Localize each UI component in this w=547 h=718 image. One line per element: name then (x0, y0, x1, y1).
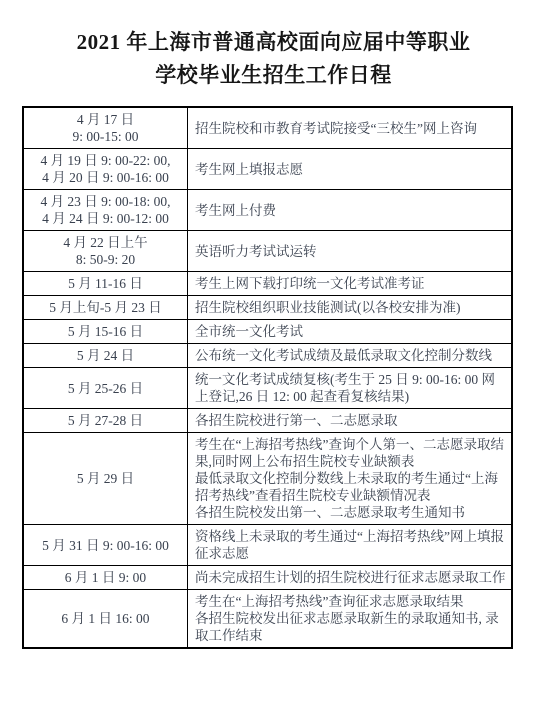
table-row: 5 月 31 日 9: 00-16: 00 资格线上未录取的考生通过“上海招考热… (23, 525, 512, 566)
date-cell: 4 月 17 日 9: 00-15: 00 (23, 107, 188, 149)
event-cell: 各招生院校进行第一、二志愿录取 (188, 409, 513, 433)
date-cell: 5 月 29 日 (23, 433, 188, 525)
event-cell: 招生院校和市教育考试院接受“三校生”网上咨询 (188, 107, 513, 149)
event-cell: 全市统一文化考试 (188, 320, 513, 344)
table-row: 5 月 27-28 日 各招生院校进行第一、二志愿录取 (23, 409, 512, 433)
event-cell: 英语听力考试试运转 (188, 231, 513, 272)
event-cell: 公布统一文化考试成绩及最低录取文化控制分数线 (188, 344, 513, 368)
table-row: 5 月上旬-5 月 23 日 招生院校组织职业技能测试(以各校安排为准) (23, 296, 512, 320)
event-cell: 考生在“上海招考热线”查询征求志愿录取结果 各招生院校发出征求志愿录取新生的录取… (188, 590, 513, 649)
document-page: 2021 年上海市普通高校面向应届中等职业 学校毕业生招生工作日程 4 月 17… (0, 0, 547, 718)
date-cell: 5 月 15-16 日 (23, 320, 188, 344)
table-row: 4 月 23 日 9: 00-18: 00, 4 月 24 日 9: 00-12… (23, 190, 512, 231)
date-cell: 4 月 19 日 9: 00-22: 00, 4 月 20 日 9: 00-16… (23, 149, 188, 190)
date-cell: 6 月 1 日 16: 00 (23, 590, 188, 649)
date-cell: 5 月 11-16 日 (23, 272, 188, 296)
date-cell: 5 月 24 日 (23, 344, 188, 368)
date-cell: 6 月 1 日 9: 00 (23, 566, 188, 590)
page-title: 2021 年上海市普通高校面向应届中等职业 学校毕业生招生工作日程 (18, 26, 529, 92)
table-row: 5 月 24 日 公布统一文化考试成绩及最低录取文化控制分数线 (23, 344, 512, 368)
event-cell: 统一文化考试成绩复核(考生于 25 日 9: 00-16: 00 网上登记,26… (188, 368, 513, 409)
date-cell: 5 月上旬-5 月 23 日 (23, 296, 188, 320)
table-row: 5 月 15-16 日 全市统一文化考试 (23, 320, 512, 344)
date-cell: 4 月 23 日 9: 00-18: 00, 4 月 24 日 9: 00-12… (23, 190, 188, 231)
page-title-line-1: 2021 年上海市普通高校面向应届中等职业 (18, 26, 529, 59)
table-row: 6 月 1 日 16: 00 考生在“上海招考热线”查询征求志愿录取结果 各招生… (23, 590, 512, 649)
table-row: 5 月 29 日 考生在“上海招考热线”查询个人第一、二志愿录取结果,同时网上公… (23, 433, 512, 525)
schedule-table: 4 月 17 日 9: 00-15: 00 招生院校和市教育考试院接受“三校生”… (22, 106, 513, 649)
table-row: 4 月 19 日 9: 00-22: 00, 4 月 20 日 9: 00-16… (23, 149, 512, 190)
date-cell: 5 月 27-28 日 (23, 409, 188, 433)
date-cell: 5 月 25-26 日 (23, 368, 188, 409)
table-row: 5 月 11-16 日 考生上网下载打印统一文化考试准考证 (23, 272, 512, 296)
page-title-line-2: 学校毕业生招生工作日程 (18, 59, 529, 92)
event-cell: 尚未完成招生计划的招生院校进行征求志愿录取工作 (188, 566, 513, 590)
date-cell: 4 月 22 日上午 8: 50-9: 20 (23, 231, 188, 272)
table-row: 4 月 22 日上午 8: 50-9: 20 英语听力考试试运转 (23, 231, 512, 272)
table-row: 5 月 25-26 日 统一文化考试成绩复核(考生于 25 日 9: 00-16… (23, 368, 512, 409)
date-cell: 5 月 31 日 9: 00-16: 00 (23, 525, 188, 566)
event-cell: 考生网上填报志愿 (188, 149, 513, 190)
event-cell: 考生网上付费 (188, 190, 513, 231)
table-row: 4 月 17 日 9: 00-15: 00 招生院校和市教育考试院接受“三校生”… (23, 107, 512, 149)
table-row: 6 月 1 日 9: 00 尚未完成招生计划的招生院校进行征求志愿录取工作 (23, 566, 512, 590)
event-cell: 招生院校组织职业技能测试(以各校安排为准) (188, 296, 513, 320)
event-cell: 考生在“上海招考热线”查询个人第一、二志愿录取结果,同时网上公布招生院校专业缺额… (188, 433, 513, 525)
event-cell: 考生上网下载打印统一文化考试准考证 (188, 272, 513, 296)
event-cell: 资格线上未录取的考生通过“上海招考热线”网上填报征求志愿 (188, 525, 513, 566)
